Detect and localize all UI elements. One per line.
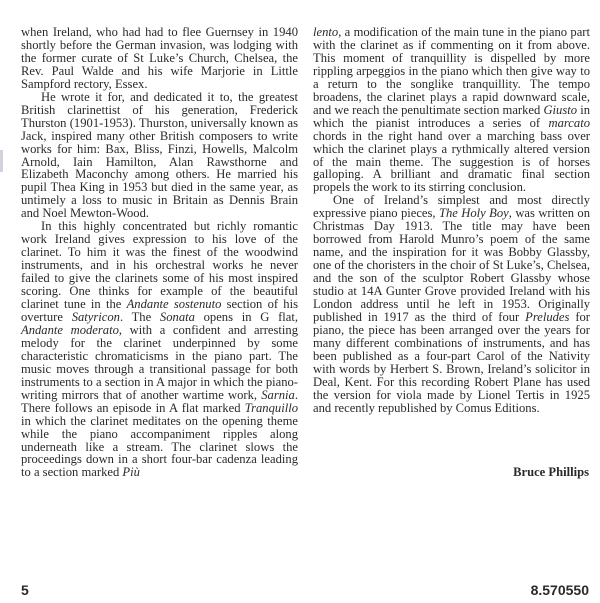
text-segment: for piano, the piece has been arranged o… [313, 310, 590, 415]
text-segment: in which the clarinet meditates on the o… [21, 414, 298, 480]
left-text-column: when Ireland, who had had to flee Guerns… [21, 26, 298, 479]
text-segment: opens in G flat, [195, 310, 298, 324]
italic-term: Andante moderato [21, 323, 119, 337]
italic-term: Tranquillo [245, 401, 298, 415]
catalogue-number: 8.570550 [531, 582, 589, 598]
italic-term: Più [122, 465, 140, 479]
text-segment: chords in the right hand over a marching… [313, 129, 590, 195]
paragraph: One of Ireland’s simplest and most direc… [313, 194, 590, 414]
right-text-column: lento, a modification of the main tune i… [313, 26, 590, 415]
paragraph: lento, a modification of the main tune i… [313, 26, 590, 194]
paragraph: He wrote it for, and dedicated it to, th… [21, 91, 298, 221]
author-signature: Bruce Phillips [513, 465, 589, 480]
italic-term: Sarnia [261, 388, 295, 402]
italic-term: The Holy Boy [439, 206, 509, 220]
italic-term: Sonata [160, 310, 195, 324]
italic-term: Satyricon [72, 310, 120, 324]
paragraph: In this highly concentrated but richly r… [21, 220, 298, 479]
italic-term: Preludes [525, 310, 569, 324]
italic-term: marcato [548, 116, 590, 130]
page-number: 5 [21, 582, 29, 598]
paragraph: when Ireland, who had had to flee Guerns… [21, 26, 298, 91]
scan-edge-mark [0, 150, 3, 172]
text-segment: , was written on Christmas Day 1913. The… [313, 206, 590, 324]
text-segment: He wrote it for, and dedicated it to, th… [21, 90, 298, 221]
italic-term: Giusto [543, 103, 577, 117]
text-segment: when Ireland, who had had to flee Guerns… [21, 25, 298, 91]
text-segment: . The [120, 310, 160, 324]
italic-term: lento [313, 25, 338, 39]
italic-term: Andante sostenuto [127, 297, 222, 311]
